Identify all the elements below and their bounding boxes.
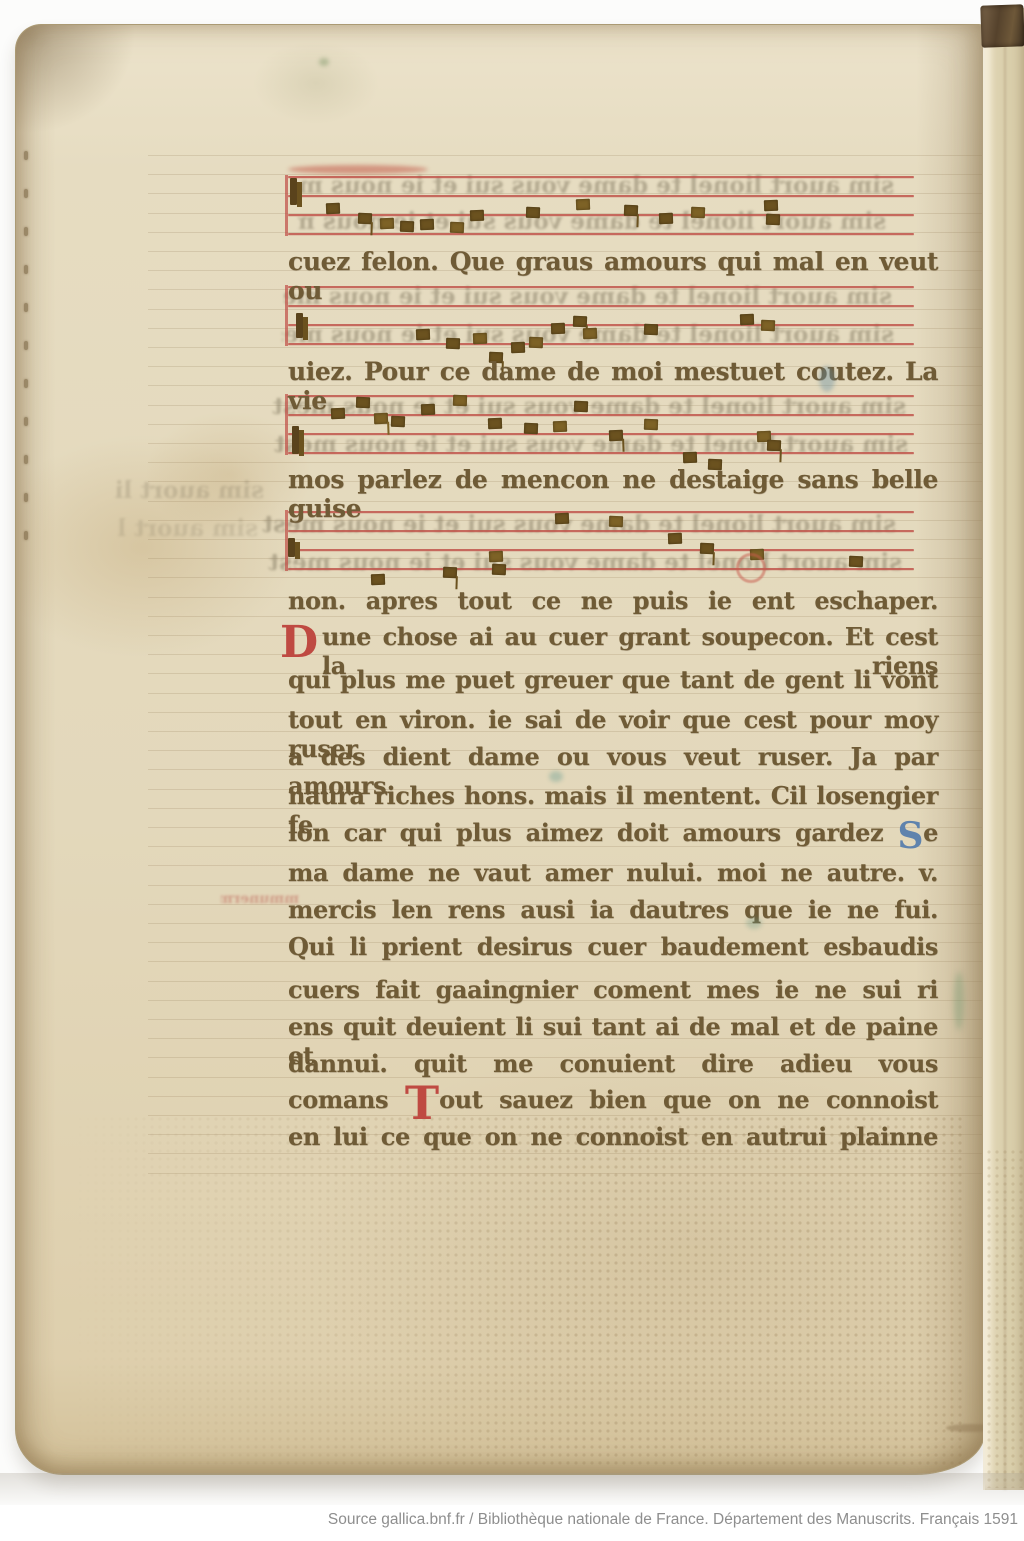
caption-bar: Source gallica.bnf.fr / Bibliothèque nat… <box>0 1505 1024 1541</box>
stitch-hole <box>24 341 28 350</box>
ruling-line <box>148 462 982 463</box>
neume-note <box>573 316 587 327</box>
bleedthrough-text: sim auort lionel te dame vous sui et ie … <box>114 477 264 507</box>
neume-note <box>416 329 430 340</box>
stave-line <box>288 433 914 435</box>
neume-note <box>668 533 682 544</box>
stitch-hole <box>24 417 28 426</box>
lyric-line: mos parlez de mencon ne destaige sans be… <box>288 465 938 501</box>
clef-mark <box>296 313 303 338</box>
parchment-follicle-texture <box>76 1115 966 1465</box>
stitch-hole <box>24 227 28 236</box>
text-segment: en lui ce que on ne connoist en autrui p… <box>288 1122 938 1151</box>
music-stave <box>288 286 914 347</box>
smudge-mark <box>819 366 835 392</box>
page-fore-edge-strip <box>983 8 1024 1490</box>
initial-capital: D <box>280 617 318 668</box>
prose-line: mercis len rens ausi ia dautres que ie n… <box>288 895 938 931</box>
page-drop-shadow <box>0 1473 1024 1507</box>
text-segment: dannui. quit me conuient dire adieu vous <box>288 1049 938 1078</box>
smudge-mark <box>288 165 428 174</box>
prose-line: cuers fait gaaingnier coment mes ie ne s… <box>288 975 938 1011</box>
neume-note <box>489 551 503 562</box>
clef-mark <box>292 426 299 454</box>
text-segment: mercis len rens ausi ia dautres que ie n… <box>288 895 938 924</box>
music-stave <box>288 395 914 456</box>
neume-note <box>453 395 467 406</box>
stave-line <box>288 395 914 397</box>
neume-note <box>473 333 487 344</box>
stave-line <box>288 452 914 454</box>
stave-line <box>288 568 914 570</box>
music-stave <box>288 511 914 572</box>
neume-note <box>358 213 372 224</box>
stitch-hole <box>24 151 28 160</box>
stitch-hole <box>24 303 28 312</box>
prose-line: comans Tout sauez bien que on ne connois… <box>288 1085 938 1121</box>
neume-note <box>766 214 780 225</box>
lyric-line: cuez felon. Que graus amours qui mal en … <box>288 247 938 283</box>
neume-note <box>849 556 863 567</box>
neume-note <box>371 574 385 585</box>
prose-line: lon car qui plus aimez doit amours garde… <box>288 818 938 854</box>
stitch-hole <box>24 265 28 274</box>
prose-line: dannui. quit me conuient dire adieu vous <box>288 1049 938 1085</box>
prose-line: tout en viron. ie sai de voir que cest p… <box>288 705 938 741</box>
neume-note <box>700 543 714 554</box>
fore-edge-texture <box>985 1148 1024 1488</box>
neume-note <box>511 342 525 353</box>
clef-mark <box>288 538 295 557</box>
stave-line <box>288 530 914 532</box>
smudge-mark <box>319 58 329 66</box>
text-segment: e <box>923 818 938 847</box>
prose-line: ens quit deuient li sui tant ai de mal e… <box>288 1012 938 1048</box>
manuscript-photo: sim auort lionel te dame vous sui et ie … <box>0 0 1024 1541</box>
ruling-line <box>148 155 982 156</box>
stave-line <box>288 343 914 345</box>
neume-note <box>624 205 638 216</box>
neume-note <box>740 314 754 325</box>
neume-note <box>526 207 540 218</box>
spine-headband <box>980 4 1024 47</box>
neume-note <box>767 440 781 451</box>
stave-line <box>288 176 914 178</box>
prose-line: a des dient dame ou vous veut ruser. Ja … <box>288 742 938 778</box>
neume-note <box>761 320 775 331</box>
red-ring-ornament <box>736 553 766 583</box>
stitch-hole <box>24 189 28 198</box>
stave-line <box>288 286 914 288</box>
text-segment: out sauez bien que on ne connoist <box>439 1085 938 1114</box>
prose-line: ma dame ne vaut amer nului. moi ne autre… <box>288 858 938 894</box>
neume-note <box>691 207 705 218</box>
manuscript-page: sim auort lionel te dame vous sui et ie … <box>15 24 985 1475</box>
stave-line <box>288 214 914 216</box>
stave-line <box>288 233 914 235</box>
initial-capital: S <box>898 815 924 857</box>
stave-line <box>288 305 914 307</box>
prose-line: non. apres tout ce ne puis ie ent eschap… <box>288 586 938 622</box>
neume-note <box>683 452 697 463</box>
neume-note <box>326 203 340 214</box>
neume-note <box>529 337 543 348</box>
text-segment: Qui li prient desirus cuer baudement esb… <box>288 932 938 961</box>
neume-note <box>644 419 658 430</box>
neume-note <box>446 338 460 349</box>
neume-note <box>644 324 658 335</box>
prose-line: Dune chose ai au cuer grant soupecon. Et… <box>288 622 938 658</box>
neume-note <box>576 199 590 210</box>
neume-note <box>450 222 464 233</box>
stitch-hole <box>24 531 28 540</box>
music-stave <box>288 176 914 237</box>
text-segment: ma dame ne vaut amer nului. moi ne autre… <box>288 858 938 887</box>
stitch-hole <box>24 493 28 502</box>
stave-line <box>288 549 914 551</box>
prose-line: qui plus me puet greuer que tant de gent… <box>288 665 938 701</box>
neume-note <box>331 408 345 419</box>
stave-line <box>288 324 914 326</box>
text-segment: non. apres tout ce ne puis ie ent eschap… <box>288 586 938 615</box>
neume-note <box>551 323 565 334</box>
neume-note <box>488 418 502 429</box>
clef-mark <box>290 178 297 205</box>
stitch-hole <box>24 455 28 464</box>
neume-note <box>583 328 597 339</box>
stave-line <box>288 195 914 197</box>
source-caption: Source gallica.bnf.fr / Bibliothèque nat… <box>328 1511 1018 1529</box>
neume-note <box>421 404 435 415</box>
neume-note <box>420 219 434 230</box>
neume-note <box>609 516 623 527</box>
neume-note <box>764 200 778 211</box>
bleedthrough-text: sim auort lionel te dame vous sui et ie … <box>118 515 258 545</box>
neume-note <box>659 213 673 224</box>
smudge-mark <box>746 917 762 929</box>
lyric-line: uiez. Pour ce dame de moi mestuet coutez… <box>288 357 938 393</box>
neume-note <box>374 413 388 424</box>
neume-note <box>553 421 567 432</box>
stave-line <box>288 511 914 513</box>
neume-note <box>609 430 623 441</box>
neume-note <box>470 210 484 221</box>
stave-start-tick <box>285 175 288 236</box>
smudge-mark <box>549 771 563 782</box>
text-segment: lon car qui plus aimez doit amours garde… <box>288 818 898 847</box>
prose-line: en lui ce que on ne connoist en autrui p… <box>288 1122 938 1158</box>
prose-line: naura riches hons. mais il mentent. Cil … <box>288 781 938 817</box>
text-segment: qui plus me puet greuer que tant de gent… <box>288 665 938 694</box>
neume-note <box>400 221 414 232</box>
neume-note <box>555 513 569 524</box>
ruling-line <box>148 1173 982 1174</box>
neume-note <box>443 567 457 578</box>
neume-note <box>391 416 405 427</box>
text-segment: comans <box>288 1085 405 1114</box>
stitch-hole <box>24 379 28 388</box>
neume-note <box>524 423 538 434</box>
neume-note <box>574 401 588 412</box>
text-segment: cuers fait gaaingnier coment mes ie ne s… <box>288 975 938 1004</box>
neume-note <box>380 218 394 229</box>
prose-line: Qui li prient desirus cuer baudement esb… <box>288 932 938 968</box>
smudge-mark <box>954 972 964 1030</box>
neume-note <box>356 397 370 408</box>
neume-note <box>492 564 506 575</box>
